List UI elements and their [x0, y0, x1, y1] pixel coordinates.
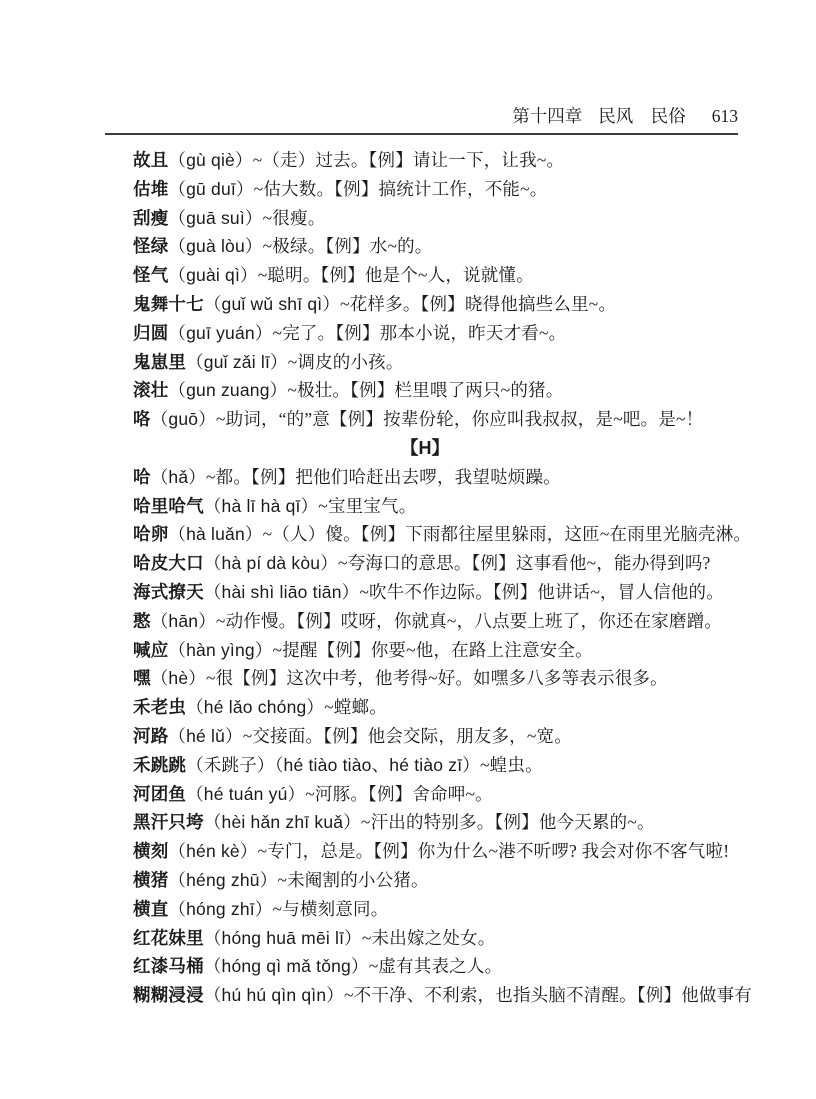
entry-definition: ~螳螂。 [324, 697, 387, 717]
dictionary-entry: 嘿（hè）~很【例】这次中考，他考得~好。如嘿多八多等表示很多。 [105, 664, 745, 693]
dictionary-entry: 横直（hóng zhī）~与横刻意同。 [105, 895, 745, 924]
entry-pinyin: （hà luǎn） [168, 524, 262, 544]
entries-list: 故且（gù qiè）~（走）过去。【例】请让一下，让我~。估堆（gū duī）~… [105, 146, 745, 1010]
dictionary-entry: 禾老虫（hé lǎo chóng）~螳螂。 [105, 693, 745, 722]
entry-definition: ~完了。【例】那本小说，昨天才看~。 [273, 323, 567, 343]
entry-headword: 横刻 [133, 841, 168, 861]
entry-pinyin: （guǐ zǎi lī） [186, 352, 288, 372]
entry-pinyin: （hà pí dà kòu） [204, 553, 338, 573]
entry-headword: 河路 [133, 726, 168, 746]
entry-pinyin: （hà lī hà qī） [204, 496, 318, 516]
entry-pinyin: （guā suì） [168, 208, 262, 228]
dictionary-entry: 横刻（hén kè）~专门，总是。【例】你为什么~港不听啰? 我会对你不客气啦! [105, 837, 745, 866]
entry-headword: 河团鱼 [133, 784, 186, 804]
entry-definition: ~夸海口的意思。【例】这事看他~，能办得到吗? [338, 553, 711, 573]
dictionary-entry: 横猪（héng zhū）~未阉割的小公猪。 [105, 866, 745, 895]
entry-pinyin: （guō） [151, 409, 216, 429]
chapter-label: 第十四章 [512, 106, 582, 126]
entry-pinyin: （gù qiè） [168, 150, 252, 170]
entry-definition: ~花样多。【例】晓得他搞些么里~。 [340, 294, 616, 314]
entry-headword: 嘿 [133, 668, 151, 688]
entry-pinyin: （hé lǎo chóng） [186, 697, 324, 717]
dictionary-entry: 憨（hān）~动作慢。【例】哎呀，你就真~，八点要上班了，你还在家磨蹭。 [105, 607, 745, 636]
entry-definition: ~聪明。【例】他是个~人，说就懂。 [258, 265, 534, 285]
dictionary-entry: 怪绿（guà lòu）~极绿。【例】水~的。 [105, 232, 745, 261]
entry-definition: ~提醒【例】你要~他，在路上注意安全。 [273, 640, 593, 660]
dictionary-entry: 哈里哈气（hà lī hà qī）~宝里宝气。 [105, 492, 745, 521]
entry-headword: 归圆 [133, 323, 168, 343]
entry-headword: 喊应 [133, 640, 168, 660]
entry-definition: ~宝里宝气。 [318, 496, 416, 516]
dictionary-entry: 哈（hǎ）~都。【例】把他们哈赶出去啰，我望哒烦躁。 [105, 463, 745, 492]
entry-headword: 滚壮 [133, 380, 168, 400]
entry-headword: 怪绿 [133, 236, 168, 256]
entry-pinyin: （guǐ wǔ shī qì） [204, 294, 340, 314]
entry-pinyin: （hé tuán yú） [186, 784, 305, 804]
dictionary-entry: 鬼崽里（guǐ zǎi lī）~调皮的小孩。 [105, 348, 745, 377]
entry-headword: 憨 [133, 611, 151, 631]
entry-definition: ~未阉割的小公猪。 [277, 870, 428, 890]
dictionary-entry: 喊应（hàn yìng）~提醒【例】你要~他，在路上注意安全。 [105, 636, 745, 665]
entry-pinyin: （guà lòu） [168, 236, 262, 256]
dictionary-entry: 红漆马桶（hóng qì mǎ tǒng）~虚有其表之人。 [105, 952, 745, 981]
entry-headword: 咯 [133, 409, 151, 429]
entry-pinyin: （gū duī） [168, 179, 253, 199]
entry-headword: 横直 [133, 899, 168, 919]
entry-pinyin: （gun zuang） [168, 380, 287, 400]
entry-headword: 哈里哈气 [133, 496, 204, 516]
entry-pinyin: （guī yuán） [168, 323, 272, 343]
entry-headword: 鬼舞十七 [133, 294, 204, 314]
entry-definition: ~助词，“的”意【例】按辈份轮，你应叫我叔叔，是~吧。是~！ [216, 409, 703, 429]
entry-headword: 估堆 [133, 179, 168, 199]
entry-pinyin: （hè） [151, 668, 206, 688]
entry-definition: ~汗出的特别多。【例】他今天累的~。 [361, 812, 655, 832]
entry-definition: ~河豚。【例】舍命呷~。 [305, 784, 493, 804]
entry-headword: 海式撩天 [133, 582, 204, 602]
entry-headword: 刮瘦 [133, 208, 168, 228]
entry-definition: ~极绿。【例】水~的。 [263, 236, 433, 256]
entry-definition: ~虚有其表之人。 [369, 956, 503, 976]
entry-headword: 糊糊浸浸 [133, 985, 204, 1005]
dictionary-entry: 黑汗只垮（hèi hǎn zhī kuǎ）~汗出的特别多。【例】他今天累的~。 [105, 808, 745, 837]
entry-pinyin: （hǎ） [151, 467, 206, 487]
entry-headword: 红漆马桶 [133, 956, 204, 976]
entry-pinyin: （禾跳子）（hé tiào tiào、hé tiào zī） [186, 755, 480, 775]
entry-headword: 哈卵 [133, 524, 168, 544]
entry-definition: ~与横刻意同。 [273, 899, 389, 919]
entry-definition: ~动作慢。【例】哎呀，你就真~，八点要上班了，你还在家磨蹭。 [216, 611, 722, 631]
entry-headword: 横猪 [133, 870, 168, 890]
section-divider: 【H】 [105, 434, 745, 463]
dictionary-entry: 河团鱼（hé tuán yú）~河豚。【例】舍命呷~。 [105, 780, 745, 809]
entry-headword: 黑汗只垮 [133, 812, 204, 832]
book-page: 第十四章民风 民俗613 故且（gù qiè）~（走）过去。【例】请让一下，让我… [0, 0, 816, 1099]
entry-definition: ~很瘦。 [263, 208, 326, 228]
entry-pinyin: （hèi hǎn zhī kuǎ） [204, 812, 361, 832]
entry-pinyin: （hóng qì mǎ tǒng） [204, 956, 369, 976]
entry-pinyin: （hóng zhī） [168, 899, 272, 919]
dictionary-entry: 糊糊浸浸（hú hú qìn qìn）~不干净、不利索，也指头脑不清醒。【例】他… [105, 981, 745, 1010]
entry-pinyin: （hài shì liāo tiān） [204, 582, 360, 602]
entry-pinyin: （guài qì） [168, 265, 257, 285]
entry-headword: 禾跳跳 [133, 755, 186, 775]
dictionary-entry: 滚壮（gun zuang）~极壮。【例】栏里喂了两只~的猪。 [105, 376, 745, 405]
entry-pinyin: （héng zhū） [168, 870, 277, 890]
dictionary-entry: 禾跳跳（禾跳子）（hé tiào tiào、hé tiào zī）~蝗虫。 [105, 751, 745, 780]
entry-headword: 故且 [133, 150, 168, 170]
entry-headword: 红花妹里 [133, 928, 204, 948]
dictionary-entry: 红花妹里（hóng huā mēi lī）~未出嫁之处女。 [105, 924, 745, 953]
dictionary-entry: 海式撩天（hài shì liāo tiān）~吹牛不作边际。【例】他讲话~，冒… [105, 578, 745, 607]
entry-pinyin: （hàn yìng） [168, 640, 272, 660]
entry-definition: ~（走）过去。【例】请让一下，让我~。 [253, 150, 564, 170]
running-header: 第十四章民风 民俗613 [105, 106, 738, 135]
entry-definition: ~很【例】这次中考，他考得~好。如嘿多八多等表示很多。 [206, 668, 668, 688]
entry-definition: ~（人）傻。【例】下雨都往屋里躲雨，这匝~在雨里光脑壳淋。 [263, 524, 751, 544]
entry-definition: ~专门，总是。【例】你为什么~港不听啰? 我会对你不客气啦! [258, 841, 730, 861]
dictionary-entry: 刮瘦（guā suì）~很瘦。 [105, 204, 745, 233]
dictionary-entry: 怪气（guài qì）~聪明。【例】他是个~人，说就懂。 [105, 261, 745, 290]
entry-definition: ~估大数。【例】搞统计工作，不能~。 [254, 179, 548, 199]
dictionary-entry: 河路（hé lǔ）~交接面。【例】他会交际，朋友多，~宽。 [105, 722, 745, 751]
entry-headword: 鬼崽里 [133, 352, 186, 372]
entry-definition: ~蝗虫。 [480, 755, 543, 775]
entry-definition: ~吹牛不作边际。【例】他讲话~，冒人信他的。 [359, 582, 724, 602]
dictionary-entry: 咯（guō）~助词，“的”意【例】按辈份轮，你应叫我叔叔，是~吧。是~！ [105, 405, 745, 434]
entry-pinyin: （hén kè） [168, 841, 257, 861]
entry-headword: 禾老虫 [133, 697, 186, 717]
dictionary-entry: 估堆（gū duī）~估大数。【例】搞统计工作，不能~。 [105, 175, 745, 204]
entry-definition: ~未出嫁之处女。 [362, 928, 496, 948]
entry-definition: ~极壮。【例】栏里喂了两只~的猪。 [287, 380, 563, 400]
entry-headword: 怪气 [133, 265, 168, 285]
entry-headword: 哈 [133, 467, 151, 487]
page-number: 613 [712, 106, 738, 126]
entry-pinyin: （hé lǔ） [168, 726, 242, 746]
entry-pinyin: （hān） [151, 611, 216, 631]
section-label: 民风 民俗 [598, 106, 686, 126]
dictionary-entry: 故且（gù qiè）~（走）过去。【例】请让一下，让我~。 [105, 146, 745, 175]
entry-definition: ~不干净、不利索，也指头脑不清醒。【例】他做事有 [344, 985, 752, 1005]
entry-headword: 哈皮大口 [133, 553, 204, 573]
dictionary-entry: 哈皮大口（hà pí dà kòu）~夸海口的意思。【例】这事看他~，能办得到吗… [105, 549, 745, 578]
entry-pinyin: （hóng huā mēi lī） [204, 928, 362, 948]
entry-definition: ~交接面。【例】他会交际，朋友多，~宽。 [243, 726, 572, 746]
dictionary-entry: 哈卵（hà luǎn）~（人）傻。【例】下雨都往屋里躲雨，这匝~在雨里光脑壳淋。 [105, 520, 745, 549]
dictionary-entry: 归圆（guī yuán）~完了。【例】那本小说，昨天才看~。 [105, 319, 745, 348]
dictionary-entry: 鬼舞十七（guǐ wǔ shī qì）~花样多。【例】晓得他搞些么里~。 [105, 290, 745, 319]
entry-definition: ~调皮的小孩。 [288, 352, 404, 372]
entry-pinyin: （hú hú qìn qìn） [204, 985, 344, 1005]
entry-definition: ~都。【例】把他们哈赶出去啰，我望哒烦躁。 [206, 467, 561, 487]
